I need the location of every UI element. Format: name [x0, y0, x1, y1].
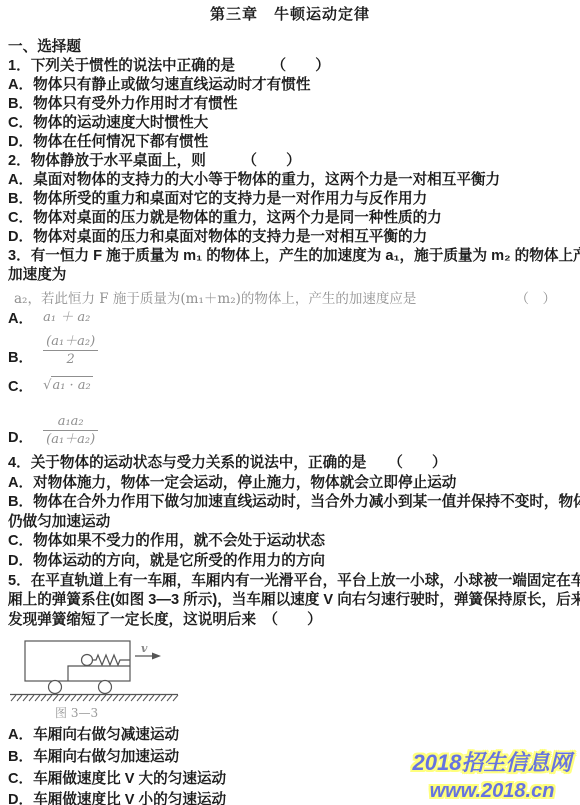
- figure-3-3: v 图 3—3: [10, 637, 210, 703]
- q3-option-b-denominator: 2: [43, 351, 98, 367]
- spring: [93, 655, 130, 665]
- figure-caption: 图 3—3: [55, 704, 98, 721]
- q3-option-a-formula: a₁ ＋ a₂: [43, 310, 90, 326]
- watermark: 2018招生信息网 www.2018.cn: [406, 748, 578, 804]
- q3-option-b-numerator: (a₁＋a₂): [43, 334, 98, 351]
- q3-option-d: D． a₁a₂ (a₁＋a₂): [8, 414, 578, 447]
- q1-option-c: C．物体的运动速度大时惯性大: [8, 114, 578, 133]
- q3-sqrt-radicand: a₁ · a₂: [51, 376, 92, 393]
- q4-option-d: D．物体运动的方向，就是它所受的作用力的方向: [8, 552, 578, 572]
- q1-option-d: D．物体在任何情况下都有惯性: [8, 133, 578, 152]
- q3-formula-block: a₂，若此恒力 F 施于质量为(m₁＋m₂)的物体上，产生的加速度应是 （ ） …: [8, 290, 578, 454]
- q3-option-d-fraction: a₁a₂ (a₁＋a₂): [43, 414, 98, 447]
- questions-block-2: 4．关于物体的运动状态与受力关系的说法中，正确的是 （ ） A．对物体施力，物体…: [8, 454, 578, 630]
- q3-faint-brackets: （ ）: [516, 290, 557, 309]
- exam-document-page: 第三章 牛顿运动定律 一、选择题 1．下列关于惯性的说法中正确的是 （ ） A．…: [0, 0, 580, 805]
- wheel-right: [99, 681, 112, 694]
- q3-option-a: A． a₁ ＋ a₂: [8, 310, 578, 328]
- questions-block-1: 一、选择题 1．下列关于惯性的说法中正确的是 （ ） A．物体只有静止或做匀速直…: [8, 38, 578, 285]
- velocity-label: v: [141, 642, 148, 655]
- q2-stem: 2．物体静放于水平桌面上，则 （ ）: [8, 152, 578, 171]
- q4-option-c: C．物体如果不受力的作用，就不会处于运动状态: [8, 532, 578, 552]
- q5-stem-line2: 厢上的弹簧系住(如图 3—3 所示)，当车厢以速度 V 向右匀速行驶时，弹簧保持…: [8, 591, 578, 611]
- q3-option-c-label: C．: [8, 378, 33, 396]
- q3-option-c-formula: √a₁ · a₂: [43, 378, 93, 394]
- q2-option-c: C．物体对桌面的压力就是物体的重力，这两个力是同一种性质的力: [8, 209, 578, 228]
- q3-option-b-fraction: (a₁＋a₂) 2: [43, 334, 98, 367]
- q1-option-a: A．物体只有静止或做匀速直线运动时才有惯性: [8, 76, 578, 95]
- q5-option-a: A．车厢向右做匀减速运动: [8, 725, 578, 747]
- q2-option-b: B．物体所受的重力和桌面对它的支持力是一对作用力与反作用力: [8, 190, 578, 209]
- q4-option-b-line1: B．物体在合外力作用下做匀加速直线运动时，当合外力减小到某一值并保持不变时，物体: [8, 493, 578, 513]
- q4-stem: 4．关于物体的运动状态与受力关系的说法中，正确的是 （ ）: [8, 454, 578, 474]
- cart-spring-diagram: v: [10, 637, 180, 703]
- q3-option-d-numerator: a₁a₂: [43, 414, 98, 431]
- page-title: 第三章 牛顿运动定律: [0, 5, 580, 24]
- q3-option-d-denominator: (a₁＋a₂): [43, 431, 98, 447]
- q4-option-a: A．对物体施力，物体一定会运动，停止施力，物体就会立即停止运动: [8, 474, 578, 494]
- q5-stem-line1: 5．在平直轨道上有一车厢，车厢内有一光滑平台，平台上放一小球，小球被一端固定在车: [8, 572, 578, 592]
- q3-option-b-label: B．: [8, 349, 33, 367]
- q3-option-c: C． √a₁ · a₂: [8, 378, 578, 396]
- q3-stem-line1: 3．有一恒力 F 施于质量为 m₁ 的物体上，产生的加速度为 a₁，施于质量为 …: [8, 247, 578, 266]
- ball: [82, 655, 93, 666]
- cart-body: [25, 641, 130, 681]
- q3-option-a-label: A．: [8, 310, 33, 328]
- q3-faint-stem: a₂，若此恒力 F 施于质量为(m₁＋m₂)的物体上，产生的加速度应是: [14, 290, 416, 309]
- ground-hatching: [11, 695, 178, 701]
- watermark-site-name: 2018招生信息网: [406, 748, 578, 778]
- q5-stem-line3: 发现弹簧缩短了一定长度，这说明后来 （ ）: [8, 611, 578, 631]
- velocity-arrow-head: [152, 653, 161, 660]
- watermark-site-url: www.2018.cn: [406, 778, 578, 804]
- q2-option-a: A．桌面对物体的支持力的大小等于物体的重力，这两个力是一对相互平衡力: [8, 171, 578, 190]
- q1-stem: 1．下列关于惯性的说法中正确的是 （ ）: [8, 57, 578, 76]
- section-heading: 一、选择题: [8, 38, 578, 57]
- wheel-left: [49, 681, 62, 694]
- q1-option-b: B．物体只有受外力作用时才有惯性: [8, 95, 578, 114]
- q3-faint-row: a₂，若此恒力 F 施于质量为(m₁＋m₂)的物体上，产生的加速度应是 （ ）: [14, 290, 578, 309]
- q3-option-d-label: D．: [8, 429, 33, 447]
- platform: [68, 666, 130, 681]
- q2-option-d: D．物体对桌面的压力和桌面对物体的支持力是一对相互平衡的力: [8, 228, 578, 247]
- q3-stem-line2: 加速度为: [8, 266, 578, 285]
- q3-option-b: B． (a₁＋a₂) 2: [8, 334, 578, 367]
- q4-option-b-line2: 仍做匀加速运动: [8, 513, 578, 533]
